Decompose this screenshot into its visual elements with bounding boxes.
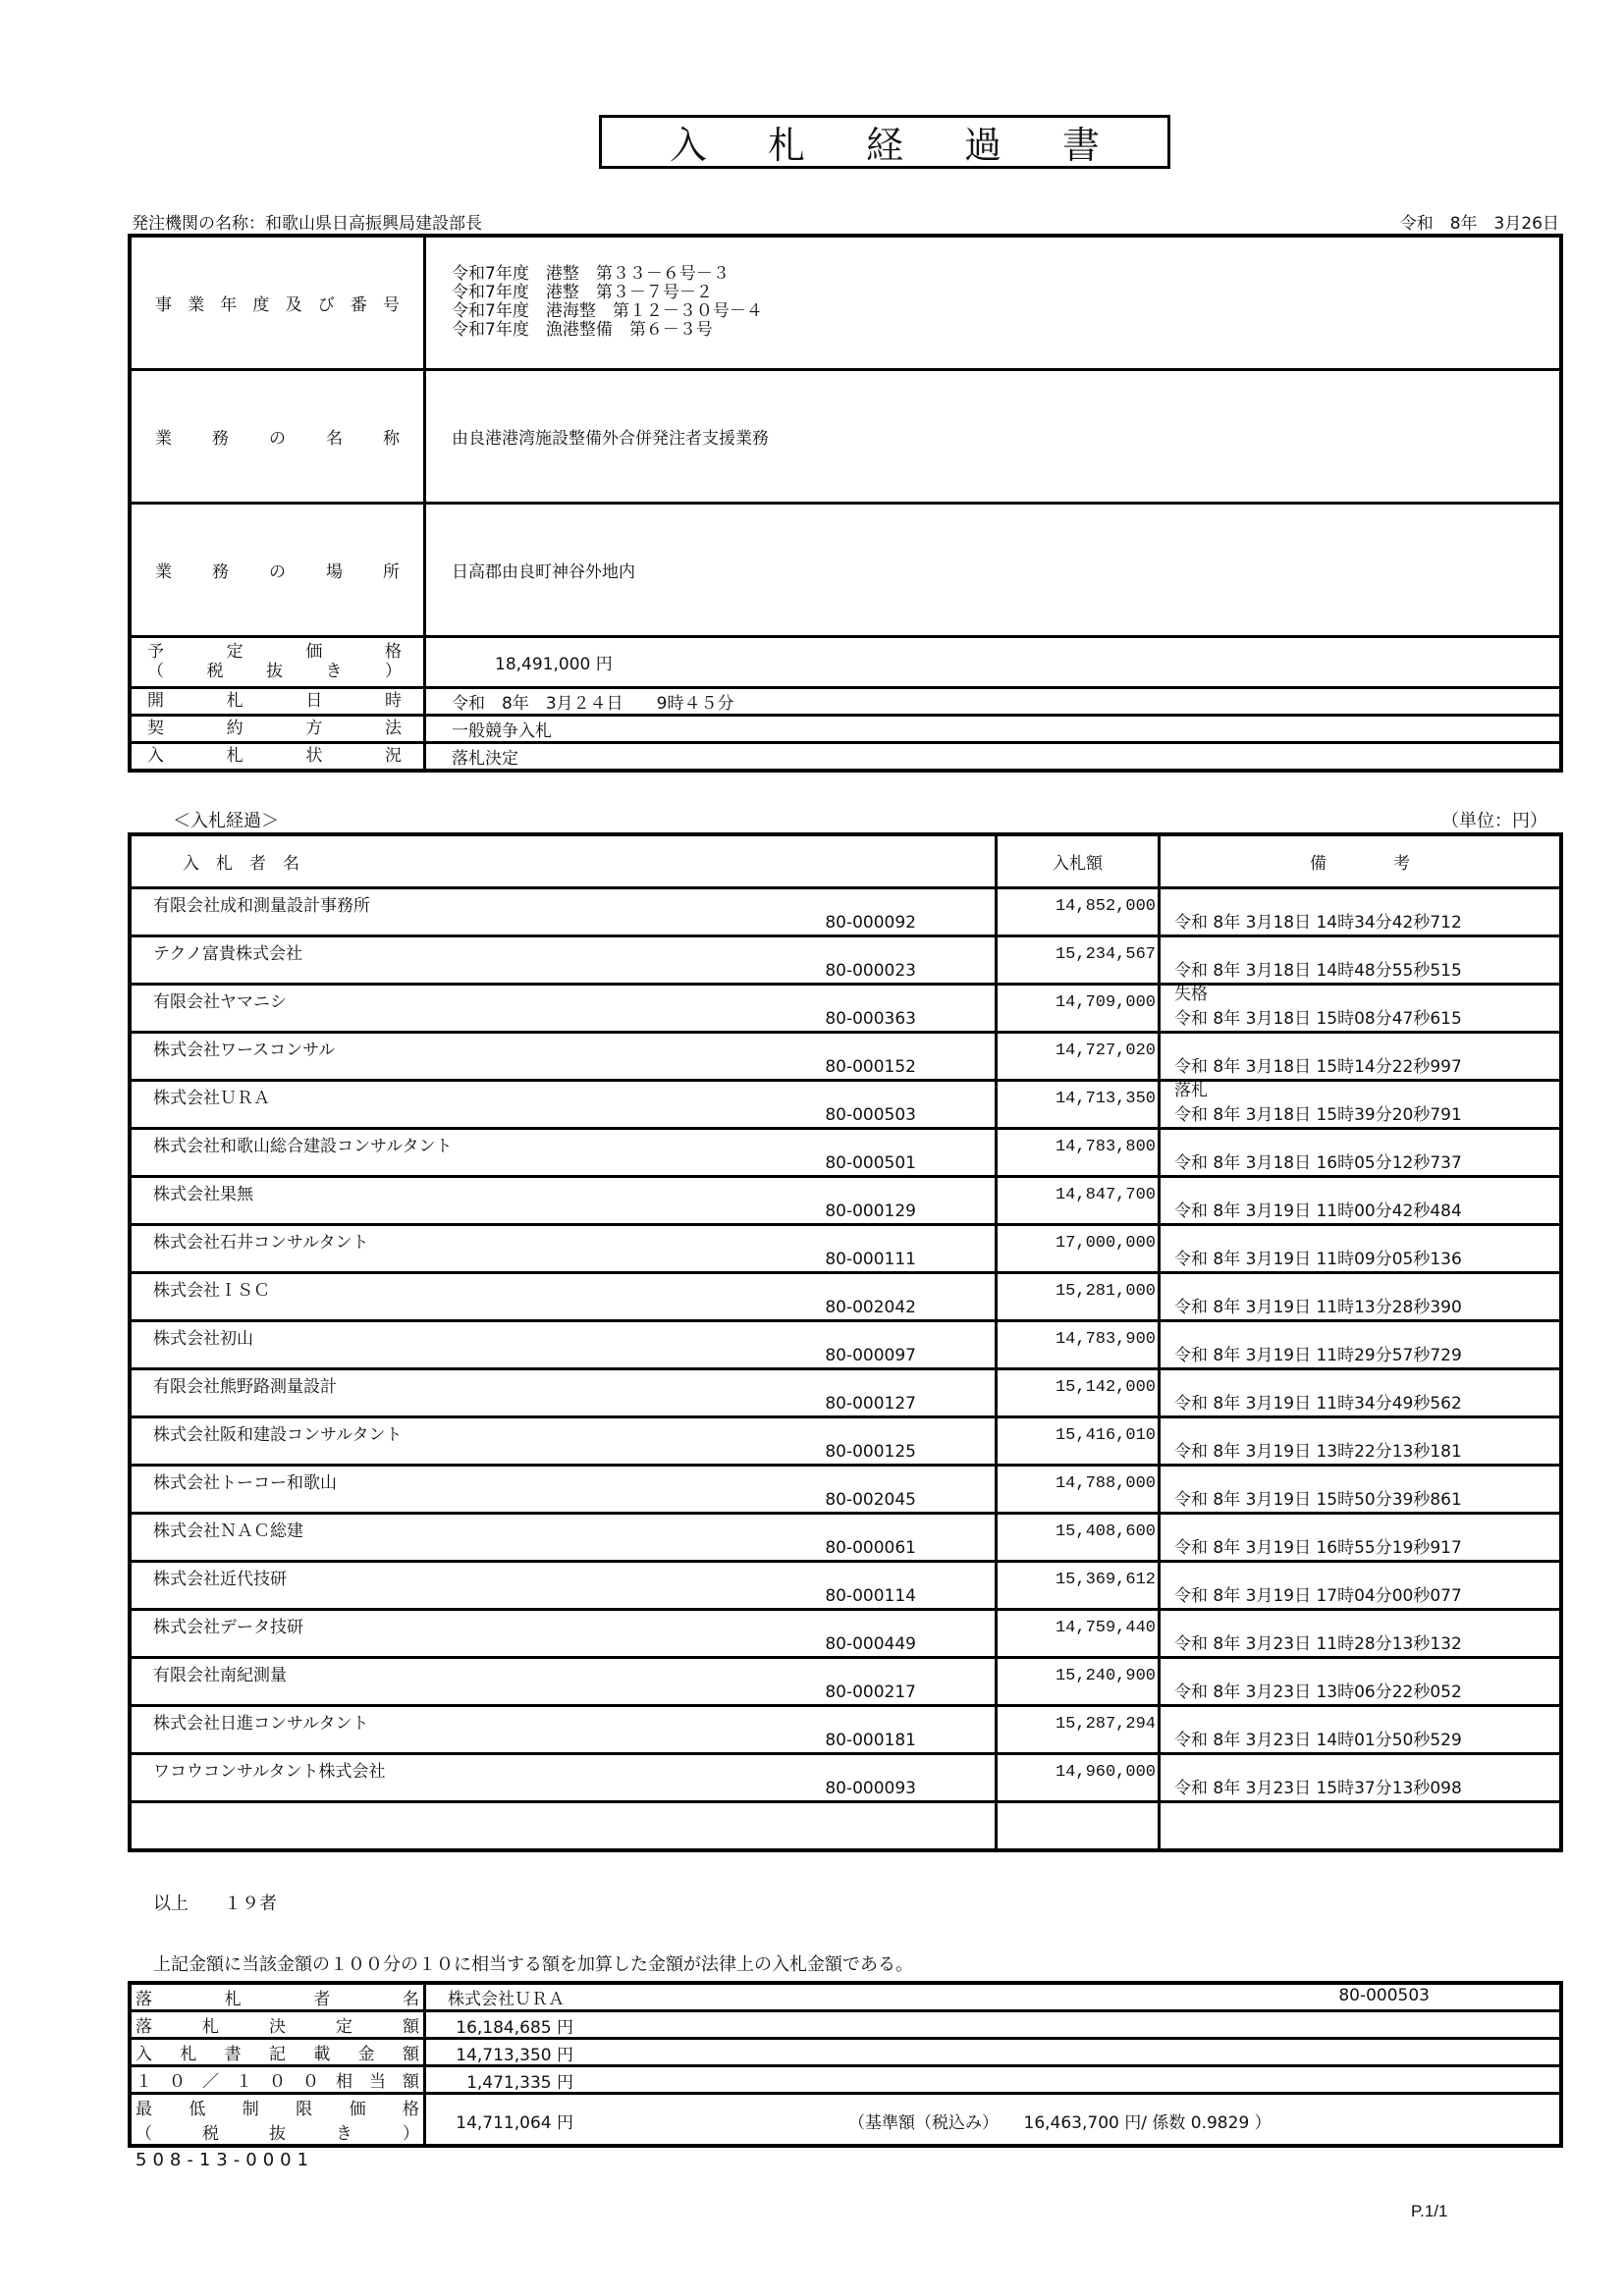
bidder-cell: 株式会社初山80-000097 [130, 1321, 997, 1369]
minimum-basis: （基準額（税込み） 16,463,700 円/ 係数 0.9829 ） [848, 2109, 1272, 2133]
remarks-cell: 令和 8年 3月18日 14時48分55秒515 [1160, 936, 1562, 985]
remarks-cell: 令和 8年 3月23日 14時01分50秒529 [1160, 1706, 1562, 1754]
bidder-total: 以上 １９者 [153, 1890, 277, 1915]
bidder-code: 80-000181 [825, 1731, 916, 1750]
bid-amount: 14,847,700 [1056, 1186, 1156, 1204]
summary-row-tax: １０／１００相当額 1,471,335 円 [130, 2066, 1561, 2094]
bid-amount: 15,240,900 [1056, 1667, 1156, 1685]
unit-label: （単位：円） [1441, 807, 1547, 832]
bidder-cell: 株式会社ＵＲＡ80-000503 [130, 1081, 997, 1129]
summary-row-winner: 落札者名 株式会社ＵＲＡ 80-000503 [130, 1983, 1561, 2011]
bid-row: 株式会社トーコー和歌山80-00204514,788,000令和 8年 3月19… [130, 1466, 1561, 1514]
work-name-value: 由良港港湾施設整備外合併発注者支援業務 [425, 369, 1562, 503]
bidder-code: 80-000111 [825, 1250, 916, 1269]
project-number-label-text: 事業年度及び番号 [132, 291, 423, 315]
bids-caption: ＜入札経過＞ [173, 807, 279, 832]
contract-label: 契約方法 [130, 715, 425, 742]
contract-label-text: 契約方法 [132, 719, 423, 738]
bidder-name: 株式会社果無 [153, 1180, 253, 1204]
bidder-cell: 株式会社ＮＡＣ総建80-000061 [130, 1514, 997, 1562]
tax-label-text: １０／１００相当額 [132, 2067, 423, 2092]
bid-amount: 14,727,020 [1056, 1041, 1156, 1060]
status-value: 落札決定 [425, 742, 1562, 771]
remarks-cell: 令和 8年 3月19日 11時00分42秒484 [1160, 1177, 1562, 1225]
minimum-label-2: （税抜き） [132, 2119, 423, 2144]
remarks-timestamp: 令和 8年 3月18日 14時48分55秒515 [1174, 956, 1462, 981]
bidder-cell: 株式会社ＩＳＣ80-002042 [130, 1273, 997, 1321]
tax-label: １０／１００相当額 [130, 2066, 425, 2094]
summary-row-minimum: 最低制限価格 （税抜き） 14,711,064 円 （基準額（税込み） 16,4… [130, 2094, 1561, 2147]
info-row-planned-price: 予定価格 （税抜き） 18,491,000 円 [130, 636, 1561, 687]
bidder-code: 80-000363 [825, 1009, 916, 1029]
decided-label-text: 落札決定額 [132, 2012, 423, 2037]
issue-date: 令和 8年 3月26日 [1400, 209, 1559, 234]
bidder-cell: 株式会社石井コンサルタント80-000111 [130, 1225, 997, 1273]
bidder-cell: 株式会社和歌山総合建設コンサルタント80-000501 [130, 1129, 997, 1177]
bid-amount: 14,783,800 [1056, 1138, 1156, 1156]
bid-row [130, 1802, 1561, 1851]
info-row-status: 入札状況 落札決定 [130, 742, 1561, 771]
info-row-work-place: 業務の場所 日高郡由良町神谷外地内 [130, 503, 1561, 636]
bid-row: 株式会社初山80-00009714,783,900令和 8年 3月19日 11時… [130, 1321, 1561, 1369]
bidder-cell [130, 1802, 997, 1851]
remarks-timestamp: 令和 8年 3月23日 15時37分13秒098 [1174, 1774, 1462, 1798]
bids-table: 入 札 者 名 入札額 備 考 有限会社成和測量設計事務所80-00009214… [128, 832, 1563, 1852]
remarks-cell: 令和 8年 3月19日 11時13分28秒390 [1160, 1273, 1562, 1321]
bidder-name: 有限会社南紀測量 [153, 1661, 287, 1685]
bid-amount: 15,287,294 [1056, 1715, 1156, 1734]
bid-amount-value: 14,713,350 円 [456, 2041, 573, 2065]
bid-amount-cell: 14,759,440 [997, 1610, 1160, 1658]
bid-row: 有限会社熊野路測量設計80-00012715,142,000令和 8年 3月19… [130, 1369, 1561, 1417]
bidder-name: 株式会社石井コンサルタント [153, 1228, 368, 1253]
header-bidder-name: 入 札 者 名 [130, 834, 997, 888]
bidder-cell: 株式会社日進コンサルタント80-000181 [130, 1706, 997, 1754]
bid-amount: 15,408,600 [1056, 1522, 1156, 1541]
remarks-cell: 令和 8年 3月19日 13時22分13秒181 [1160, 1417, 1562, 1466]
bidder-name: 株式会社ＮＡＣ総建 [153, 1517, 303, 1541]
bidder-code: 80-000129 [825, 1201, 916, 1221]
remarks-timestamp: 令和 8年 3月23日 13時06分22秒052 [1174, 1678, 1462, 1702]
bid-amount: 15,416,010 [1056, 1426, 1156, 1445]
bidder-name: ワコウコンサルタント株式会社 [153, 1757, 385, 1782]
bid-amount: 14,960,000 [1056, 1763, 1156, 1782]
bidder-name: 株式会社ワースコンサル [153, 1036, 335, 1060]
bid-amount-cell: 15,416,010 [997, 1417, 1160, 1466]
bid-row: 有限会社南紀測量80-00021715,240,900令和 8年 3月23日 1… [130, 1658, 1561, 1706]
bid-amount: 14,713,350 [1056, 1090, 1156, 1108]
remarks-timestamp: 令和 8年 3月19日 11時29分57秒729 [1174, 1341, 1462, 1365]
status-label: 入札状況 [130, 742, 425, 771]
bid-amount: 17,000,000 [1056, 1234, 1156, 1253]
winner-code: 80-000503 [1338, 1986, 1430, 2005]
bid-amount-cell: 14,709,000 [997, 985, 1160, 1033]
planned-price-label-1: 予定価格 [132, 642, 423, 662]
bidder-name: 株式会社初山 [153, 1324, 253, 1349]
remarks-timestamp: 令和 8年 3月19日 11時34分49秒562 [1174, 1389, 1462, 1414]
remarks-timestamp: 令和 8年 3月19日 16時55分19秒917 [1174, 1533, 1462, 1558]
summary-table: 落札者名 株式会社ＵＲＡ 80-000503 落札決定額 16,184,685 … [128, 1981, 1563, 2148]
bid-row: テクノ富貴株式会社80-00002315,234,567令和 8年 3月18日 … [130, 936, 1561, 985]
remarks-cell: 令和 8年 3月19日 16時55分19秒917 [1160, 1514, 1562, 1562]
header-bidder-name-text: 入 札 者 名 [132, 854, 299, 874]
header-remarks: 備 考 [1160, 834, 1562, 888]
project-number-label: 事業年度及び番号 [130, 236, 425, 369]
bid-amount-cell: 15,142,000 [997, 1369, 1160, 1417]
bid-amount: 14,783,900 [1056, 1330, 1156, 1349]
bid-amount-cell: 15,281,000 [997, 1273, 1160, 1321]
minimum-label-1: 最低制限価格 [132, 2095, 423, 2119]
bidder-code: 80-000152 [825, 1057, 916, 1077]
bidder-cell: 株式会社データ技研80-000449 [130, 1610, 997, 1658]
bid-amount-cell: 14,713,350 [997, 1081, 1160, 1129]
minimum-value: 14,711,064 円 [456, 2109, 573, 2133]
winner-label-text: 落札者名 [132, 1985, 423, 2009]
bid-amount-cell: 14,727,020 [997, 1033, 1160, 1081]
remarks-timestamp: 令和 8年 3月18日 16時05分12秒737 [1174, 1148, 1462, 1173]
remarks-cell: 令和 8年 3月19日 15時50分39秒861 [1160, 1466, 1562, 1514]
orderer-name: 発注機関の名称：和歌山県日高振興局建設部長 [132, 209, 482, 234]
tax-cell: 1,471,335 円 [425, 2066, 1562, 2094]
remarks-cell: 令和 8年 3月18日 15時14分22秒997 [1160, 1033, 1562, 1081]
bid-row: 株式会社ＮＡＣ総建80-00006115,408,600令和 8年 3月19日 … [130, 1514, 1561, 1562]
bid-amount: 15,234,567 [1056, 945, 1156, 964]
remarks-cell: 令和 8年 3月23日 11時28分13秒132 [1160, 1610, 1562, 1658]
bidder-code: 80-000023 [825, 961, 916, 981]
winner-label: 落札者名 [130, 1983, 425, 2011]
bidder-cell: テクノ富貴株式会社80-000023 [130, 936, 997, 985]
work-place-label-text: 業務の場所 [132, 558, 423, 582]
bidder-code: 80-000061 [825, 1538, 916, 1558]
info-row-opening: 開札日時 令和 8年 3月２４日 9時４５分 [130, 687, 1561, 715]
bidder-code: 80-000092 [825, 913, 916, 933]
bid-row: 株式会社ワースコンサル80-00015214,727,020令和 8年 3月18… [130, 1033, 1561, 1081]
remarks-timestamp: 令和 8年 3月19日 11時00分42秒484 [1174, 1197, 1462, 1221]
bidder-cell: 株式会社トーコー和歌山80-002045 [130, 1466, 997, 1514]
bidder-code: 80-000114 [825, 1586, 916, 1606]
summary-row-decided: 落札決定額 16,184,685 円 [130, 2011, 1561, 2039]
bidder-code: 80-000217 [825, 1682, 916, 1702]
page-number: P.1/1 [1411, 2202, 1448, 2221]
bidder-cell: 株式会社果無80-000129 [130, 1177, 997, 1225]
remarks-timestamp: 令和 8年 3月19日 11時09分05秒136 [1174, 1245, 1462, 1269]
bidder-name: 有限会社ヤマニシ [153, 988, 287, 1012]
decided-value-cell: 16,184,685 円 [425, 2011, 1562, 2039]
remarks-timestamp: 令和 8年 3月19日 11時13分28秒390 [1174, 1293, 1462, 1317]
bid-amount-label: 入札書記載金額 [130, 2039, 425, 2066]
bid-row: ワコウコンサルタント株式会社80-00009314,960,000令和 8年 3… [130, 1754, 1561, 1802]
bid-amount-cell: 14,783,900 [997, 1321, 1160, 1369]
bid-amount: 14,788,000 [1056, 1474, 1156, 1493]
bidder-name: 株式会社近代技研 [153, 1565, 287, 1589]
bid-amount-cell: 15,408,600 [997, 1514, 1160, 1562]
remarks-cell: 令和 8年 3月23日 15時37分13秒098 [1160, 1754, 1562, 1802]
planned-price-label-2: （税抜き） [132, 662, 423, 681]
remarks-note: 落札 [1174, 1082, 1208, 1099]
bid-amount: 14,759,440 [1056, 1619, 1156, 1637]
bidder-name: 株式会社ＩＳＣ [153, 1276, 270, 1301]
opening-value: 令和 8年 3月２４日 9時４５分 [425, 687, 1562, 715]
document-title-text: 入札経過書 [670, 115, 1161, 169]
bidder-cell: 有限会社成和測量設計事務所80-000092 [130, 888, 997, 936]
bidder-code: 80-000503 [825, 1105, 916, 1125]
planned-price-label: 予定価格 （税抜き） [130, 636, 425, 687]
decided-label: 落札決定額 [130, 2011, 425, 2039]
bid-row: 株式会社阪和建設コンサルタント80-00012515,416,010令和 8年 … [130, 1417, 1561, 1466]
project-number-1: 令和7年度 港整 第３３－６号－３ [452, 265, 1559, 284]
remarks-cell: 令和 8年 3月23日 13時06分22秒052 [1160, 1658, 1562, 1706]
bid-row: 株式会社日進コンサルタント80-00018115,287,294令和 8年 3月… [130, 1706, 1561, 1754]
bid-amount-cell: 15,369,612 [997, 1562, 1160, 1610]
bid-amount-cell: 14,847,700 [997, 1177, 1160, 1225]
remarks-timestamp: 令和 8年 3月18日 15時14分22秒997 [1174, 1052, 1462, 1077]
remarks-cell: 令和 8年 3月18日 16時05分12秒737 [1160, 1129, 1562, 1177]
bid-row: 株式会社データ技研80-00044914,759,440令和 8年 3月23日 … [130, 1610, 1561, 1658]
project-number-3: 令和7年度 港海整 第１２－３０号－４ [452, 302, 1559, 321]
bid-amount-cell: 14,713,350 円 [425, 2039, 1562, 2066]
opening-label: 開札日時 [130, 687, 425, 715]
bidder-code: 80-000093 [825, 1779, 916, 1798]
remarks-timestamp: 令和 8年 3月18日 14時34分42秒712 [1174, 908, 1462, 933]
bid-row: 有限会社ヤマニシ80-00036314,709,000失格令和 8年 3月18日… [130, 985, 1561, 1033]
document-number: 508-13-0001 [135, 2150, 314, 2170]
work-place-value: 日高郡由良町神谷外地内 [425, 503, 1562, 636]
bidder-cell: 株式会社近代技研80-000114 [130, 1562, 997, 1610]
bid-amount-cell: 17,000,000 [997, 1225, 1160, 1273]
remarks-cell: 落札令和 8年 3月18日 15時39分20秒791 [1160, 1081, 1562, 1129]
bid-amount-cell: 14,788,000 [997, 1466, 1160, 1514]
bid-amount: 15,281,000 [1056, 1282, 1156, 1301]
remarks-timestamp: 令和 8年 3月19日 13時22分13秒181 [1174, 1437, 1462, 1462]
minimum-cell: 14,711,064 円 （基準額（税込み） 16,463,700 円/ 係数 … [425, 2094, 1562, 2147]
remarks-cell: 令和 8年 3月19日 11時29分57秒729 [1160, 1321, 1562, 1369]
document-title: 入札経過書 [599, 115, 1170, 169]
remarks-cell: 失格令和 8年 3月18日 15時08分47秒615 [1160, 985, 1562, 1033]
info-row-contract: 契約方法 一般競争入札 [130, 715, 1561, 742]
bidder-code: 80-002045 [825, 1490, 916, 1510]
contract-value: 一般競争入札 [425, 715, 1562, 742]
project-info-table: 事業年度及び番号 令和7年度 港整 第３３－６号－３ 令和7年度 港整 第３－７… [128, 234, 1563, 773]
remarks-note: 失格 [1174, 986, 1208, 1003]
remarks-cell: 令和 8年 3月18日 14時34分42秒712 [1160, 888, 1562, 936]
winner-value: 株式会社ＵＲＡ 80-000503 [425, 1983, 1562, 2011]
remarks-cell: 令和 8年 3月19日 11時34分49秒562 [1160, 1369, 1562, 1417]
project-numbers: 令和7年度 港整 第３３－６号－３ 令和7年度 港整 第３－７号－２ 令和7年度… [425, 236, 1562, 369]
bidder-cell: 有限会社南紀測量80-000217 [130, 1658, 997, 1706]
bidder-code: 80-000097 [825, 1346, 916, 1365]
bidder-name: 株式会社データ技研 [153, 1613, 303, 1637]
opening-label-text: 開札日時 [132, 691, 423, 711]
remarks-timestamp: 令和 8年 3月18日 15時08分47秒615 [1174, 1004, 1462, 1029]
bidder-cell: ワコウコンサルタント株式会社80-000093 [130, 1754, 997, 1802]
winner-name: 株式会社ＵＲＡ [426, 1990, 565, 2009]
project-number-4: 令和7年度 漁港整備 第６－３号 [452, 321, 1559, 340]
bid-amount-label-text: 入札書記載金額 [132, 2040, 423, 2064]
bids-header-row: 入 札 者 名 入札額 備 考 [130, 834, 1561, 888]
bidder-code: 80-000449 [825, 1634, 916, 1654]
bidder-code: 80-000501 [825, 1153, 916, 1173]
bidder-name: 株式会社阪和建設コンサルタント [153, 1420, 402, 1445]
legal-note: 上記金額に当該金額の１００分の１０に相当する額を加算した金額が法律上の入札金額で… [153, 1950, 913, 1976]
bidder-cell: 有限会社熊野路測量設計80-000127 [130, 1369, 997, 1417]
bid-amount-cell: 15,240,900 [997, 1658, 1160, 1706]
bidder-cell: 株式会社ワースコンサル80-000152 [130, 1033, 997, 1081]
bid-amount-cell: 15,234,567 [997, 936, 1160, 985]
bid-row: 株式会社和歌山総合建設コンサルタント80-00050114,783,800令和 … [130, 1129, 1561, 1177]
planned-price-value: 18,491,000 円 [425, 636, 1562, 687]
header-amount: 入札額 [997, 834, 1160, 888]
work-name-label-text: 業務の名称 [132, 424, 423, 449]
remarks-timestamp: 令和 8年 3月19日 15時50分39秒861 [1174, 1485, 1462, 1510]
project-number-2: 令和7年度 港整 第３－７号－２ [452, 284, 1559, 302]
work-place-label: 業務の場所 [130, 503, 425, 636]
work-name-label: 業務の名称 [130, 369, 425, 503]
bid-amount-cell: 14,783,800 [997, 1129, 1160, 1177]
bidder-cell: 株式会社阪和建設コンサルタント80-000125 [130, 1417, 997, 1466]
info-row-project-number: 事業年度及び番号 令和7年度 港整 第３３－６号－３ 令和7年度 港整 第３－７… [130, 236, 1561, 369]
decided-value: 16,184,685 円 [456, 2013, 573, 2038]
bidder-name: 有限会社成和測量設計事務所 [153, 891, 370, 916]
bid-amount-cell: 14,852,000 [997, 888, 1160, 936]
bidder-name: 株式会社トーコー和歌山 [153, 1468, 337, 1493]
bid-row: 株式会社ＵＲＡ80-00050314,713,350落札令和 8年 3月18日 … [130, 1081, 1561, 1129]
bidder-name: 株式会社ＵＲＡ [153, 1084, 270, 1108]
info-row-work-name: 業務の名称 由良港港湾施設整備外合併発注者支援業務 [130, 369, 1561, 503]
remarks-cell: 令和 8年 3月19日 17時04分00秒077 [1160, 1562, 1562, 1610]
remarks-cell [1160, 1802, 1562, 1851]
bid-amount: 14,709,000 [1056, 993, 1156, 1012]
remarks-timestamp: 令和 8年 3月18日 15時39分20秒791 [1174, 1100, 1462, 1125]
bid-amount-cell: 15,287,294 [997, 1706, 1160, 1754]
bidder-name: 株式会社日進コンサルタント [153, 1709, 368, 1734]
bidder-cell: 有限会社ヤマニシ80-000363 [130, 985, 997, 1033]
bid-row: 株式会社ＩＳＣ80-00204215,281,000令和 8年 3月19日 11… [130, 1273, 1561, 1321]
bid-row: 有限会社成和測量設計事務所80-00009214,852,000令和 8年 3月… [130, 888, 1561, 936]
bid-row: 株式会社果無80-00012914,847,700令和 8年 3月19日 11時… [130, 1177, 1561, 1225]
remarks-cell: 令和 8年 3月19日 11時09分05秒136 [1160, 1225, 1562, 1273]
bidder-code: 80-002042 [825, 1298, 916, 1317]
status-label-text: 入札状況 [132, 746, 423, 766]
remarks-timestamp: 令和 8年 3月23日 11時28分13秒132 [1174, 1629, 1462, 1654]
bidder-code: 80-000127 [825, 1394, 916, 1414]
remarks-timestamp: 令和 8年 3月19日 17時04分00秒077 [1174, 1581, 1462, 1606]
bid-amount: 15,369,612 [1056, 1571, 1156, 1589]
bidder-name: 有限会社熊野路測量設計 [153, 1372, 337, 1397]
remarks-timestamp: 令和 8年 3月23日 14時01分50秒529 [1174, 1726, 1462, 1750]
bid-amount: 14,852,000 [1056, 897, 1156, 916]
bidder-name: 株式会社和歌山総合建設コンサルタント [153, 1132, 452, 1156]
bidder-name: テクノ富貴株式会社 [153, 939, 302, 964]
bidder-code: 80-000125 [825, 1442, 916, 1462]
bid-row: 株式会社石井コンサルタント80-00011117,000,000令和 8年 3月… [130, 1225, 1561, 1273]
bid-amount-cell: 14,960,000 [997, 1754, 1160, 1802]
summary-row-bid: 入札書記載金額 14,713,350 円 [130, 2039, 1561, 2066]
bid-row: 株式会社近代技研80-00011415,369,612令和 8年 3月19日 1… [130, 1562, 1561, 1610]
minimum-label: 最低制限価格 （税抜き） [130, 2094, 425, 2147]
tax-value: 1,471,335 円 [466, 2068, 573, 2093]
bid-amount-cell [997, 1802, 1160, 1851]
bid-amount: 15,142,000 [1056, 1378, 1156, 1397]
